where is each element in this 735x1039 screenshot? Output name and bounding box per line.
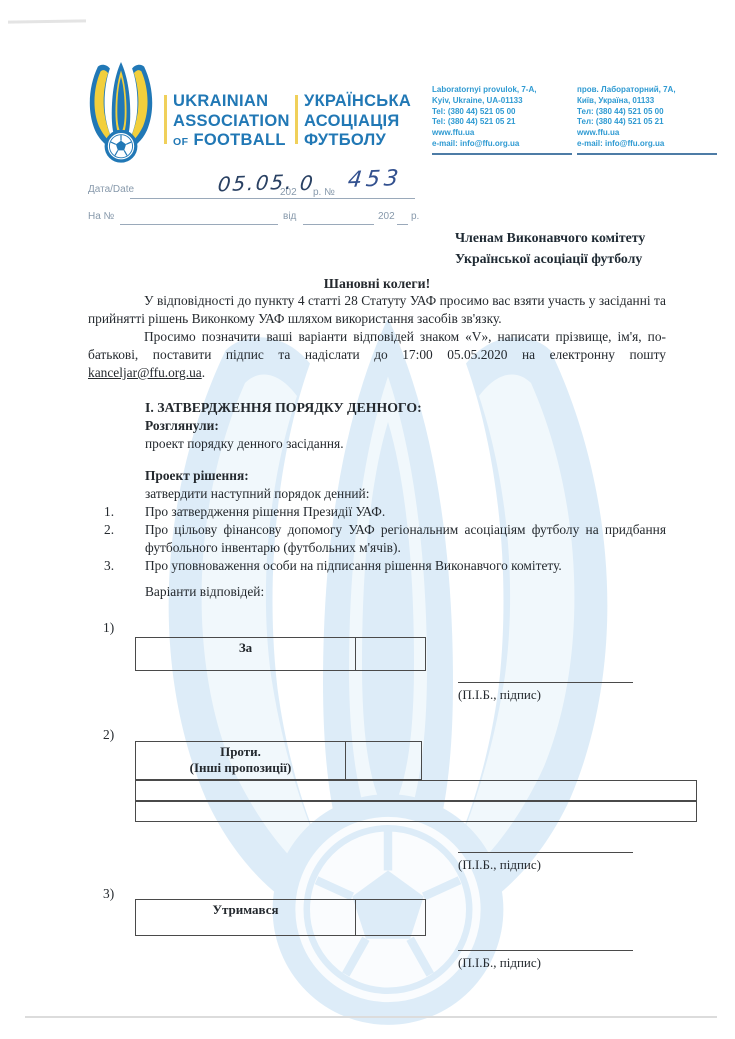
na-no-label: На №: [88, 211, 114, 222]
contact-line: Тел: (380 44) 521 05 21: [577, 117, 717, 128]
vote-table-utrymavsia: Утримався: [135, 899, 426, 936]
salutation: Шановні колеги!: [88, 276, 666, 292]
handwritten-year-digit: 0: [299, 171, 316, 195]
signature-line: [458, 682, 633, 683]
printed-number-sign: р. №: [313, 187, 335, 198]
org-title-en-of: OF: [173, 136, 189, 148]
vid-label: від: [283, 211, 296, 222]
uaf-logo-icon: [84, 60, 158, 164]
contact-divider-line: [577, 153, 717, 155]
org-title-en-football: FOOTBALL: [193, 131, 285, 149]
vote-mark-cell: [356, 638, 425, 670]
agenda-item-text: Про затвердження рішення Президії УАФ.: [145, 503, 666, 521]
vote-mark-cell: [356, 900, 425, 935]
title-divider-bar: [164, 95, 167, 144]
scan-edge-line: [25, 1016, 717, 1018]
agenda-section: І. ЗАТВЕРДЖЕННЯ ПОРЯДКУ ДЕННОГО: Розглян…: [88, 398, 666, 575]
agenda-item-number: 2.: [88, 521, 145, 557]
contact-line: Тел: (380 44) 521 05 00: [577, 107, 717, 118]
agenda-item-text: Про уповноваження особи на підписання рі…: [145, 557, 666, 575]
vote-option-label: Проти. (Інші пропозиції): [136, 742, 346, 779]
contact-line: Київ, Україна, 01133: [577, 96, 717, 107]
contact-line: e-mail: info@ffu.org.ua: [577, 139, 717, 150]
contact-line: Laboratornyi provulok, 7-A,: [432, 85, 572, 96]
addressee-block: Членам Виконавчого комітету Української …: [455, 228, 675, 269]
agenda-item: 2. Про цільову фінансову допомогу УАФ ре…: [88, 521, 666, 557]
contact-line: e-mail: info@ffu.org.ua: [432, 139, 572, 150]
proposal-write-in-row: [135, 780, 697, 801]
agenda-item-number: 1.: [88, 503, 145, 521]
org-title-uk-line2: АСОЦІАЦІЯ: [304, 112, 411, 132]
considered-label: Розглянули:: [145, 417, 666, 435]
agenda-item: 3. Про уповноваження особи на підписання…: [88, 557, 666, 575]
na-no-underline: [120, 224, 278, 225]
agenda-item-number: 3.: [88, 557, 145, 575]
vote-option-proty: Проти.: [220, 744, 261, 760]
addressee-line1: Членам Виконавчого комітету: [455, 228, 675, 249]
handwritten-doc-number: 453: [347, 166, 404, 193]
option-1-number: 1): [103, 620, 114, 636]
considered-text: проект порядку денного засідання.: [145, 435, 666, 453]
draft-decision-label: Проект рішення:: [145, 467, 666, 485]
vote-option-za: За: [239, 640, 252, 656]
vote-option-label: За: [136, 638, 356, 670]
year-suffix: р.: [411, 211, 419, 222]
vote-table-za: За: [135, 637, 426, 671]
contact-block-en: Laboratornyi provulok, 7-A,Kyiv, Ukraine…: [432, 85, 572, 150]
vote-option-utrymavsia: Утримався: [212, 902, 278, 918]
vid-underline: [303, 224, 374, 225]
agenda-item-text: Про цільову фінансову допомогу УАФ регіо…: [145, 521, 666, 557]
contact-line: www.ffu.ua: [432, 128, 572, 139]
email-address: kanceljar@ffu.org.ua: [88, 365, 202, 380]
contact-line: Kyiv, Ukraine, UA-01133: [432, 96, 572, 107]
vote-option-label: Утримався: [136, 900, 356, 935]
year-blank-underline: [397, 224, 408, 225]
year-blank: 202: [378, 211, 395, 222]
contact-block-uk: пров. Лабораторний, 7А,Київ, Україна, 01…: [577, 85, 717, 150]
contact-line: www.ffu.ua: [577, 128, 717, 139]
date-label: Дата/Date: [88, 184, 134, 195]
org-title-en-line1: UKRAINIAN: [173, 92, 290, 112]
answers-label: Варіанти відповідей:: [145, 584, 264, 600]
org-title-uk: УКРАЇНСЬКА АСОЦІАЦІЯ ФУТБОЛУ: [304, 92, 411, 151]
org-title-en-line3: OF FOOTBALL: [173, 131, 290, 153]
vote-option-proty-sub: (Інші пропозиції): [190, 760, 292, 776]
paragraph-2-text: Просимо позначити ваші варіанти відповід…: [88, 329, 666, 362]
proposal-write-in-row: [135, 801, 697, 822]
org-title-uk-line3: ФУТБОЛУ: [304, 131, 411, 151]
contact-divider-line: [432, 153, 572, 155]
contact-line: Tel: (380 44) 521 05 00: [432, 107, 572, 118]
signature-caption: (П.І.Б., підпис): [458, 955, 541, 971]
scanned-letter-page: UKRAINIAN ASSOCIATION OF FOOTBALL УКРАЇН…: [0, 0, 735, 1039]
agenda-item: 1. Про затвердження рішення Президії УАФ…: [88, 503, 666, 521]
org-title-uk-line1: УКРАЇНСЬКА: [304, 92, 411, 112]
letter-body: У відповідності до пункту 4 статті 28 Ст…: [88, 292, 666, 382]
addressee-line2: Української асоціації футболу: [455, 249, 675, 270]
draft-decision-intro: затвердити наступний порядок денний:: [145, 485, 666, 503]
signature-line: [458, 950, 633, 951]
signature-caption: (П.І.Б., підпис): [458, 857, 541, 873]
signature-line: [458, 852, 633, 853]
paragraph-2: Просимо позначити ваші варіанти відповід…: [88, 328, 666, 382]
title-divider-bar: [295, 95, 298, 144]
contact-line: пров. Лабораторний, 7А,: [577, 85, 717, 96]
vote-mark-cell: [346, 742, 421, 779]
scan-smudge: [8, 19, 86, 23]
signature-caption: (П.І.Б., підпис): [458, 687, 541, 703]
date-underline: [130, 198, 415, 199]
section-heading: І. ЗАТВЕРДЖЕННЯ ПОРЯДКУ ДЕННОГО:: [145, 398, 666, 417]
handwritten-date: 05.05.: [217, 170, 295, 197]
org-title-en-line2: ASSOCIATION: [173, 112, 290, 132]
option-3-number: 3): [103, 886, 114, 902]
paragraph-2-end: .: [202, 365, 205, 380]
contact-line: Tel: (380 44) 521 05 21: [432, 117, 572, 128]
org-title-en: UKRAINIAN ASSOCIATION OF FOOTBALL: [173, 92, 290, 153]
option-2-number: 2): [103, 727, 114, 743]
paragraph-1: У відповідності до пункту 4 статті 28 Ст…: [88, 292, 666, 328]
vote-table-proty: Проти. (Інші пропозиції): [135, 741, 422, 780]
